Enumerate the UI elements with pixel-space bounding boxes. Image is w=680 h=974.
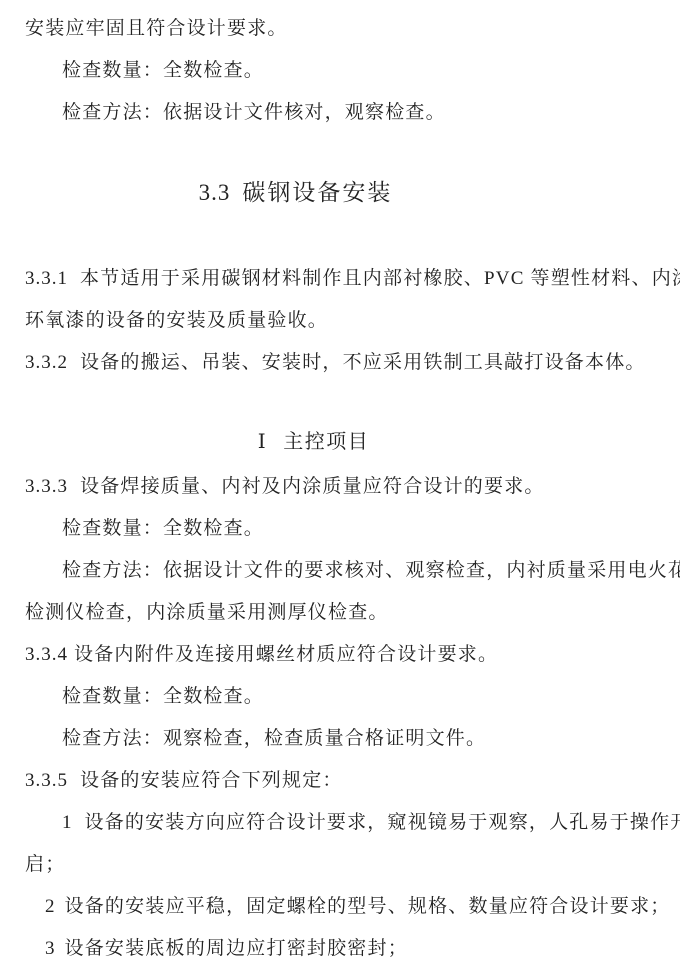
- clause-number: 3.3.3: [25, 476, 68, 497]
- section-title: 碳钢设备安装: [242, 180, 392, 205]
- clause-3-3-4-line: 3.3.4设备内附件及连接用螺丝材质应符合设计要求。: [25, 634, 662, 676]
- list-item-1-line2: 启；: [25, 844, 662, 886]
- list-item-text: 设备的安装应平稳，固定螺栓的型号、规格、数量应符合设计要求；: [65, 896, 671, 917]
- clause-3-3-5-line: 3.3.5设备的安装应符合下列规定：: [25, 760, 662, 802]
- clause-text: 设备的搬运、吊装、安装时，不应采用铁制工具敲打设备本体。: [80, 352, 646, 373]
- clause-3-3-1-line1: 3.3.1本节适用于采用碳钢材料制作且内部衬橡胶、PVC 等塑性材料、内涂: [25, 258, 662, 300]
- list-item-number: 3: [45, 938, 56, 959]
- paragraph-continuation-line: 安装应牢固且符合设计要求。: [25, 8, 662, 50]
- subsection-title: 主控项目: [283, 431, 369, 453]
- check-method-line: 检查方法：观察检查，检查质量合格证明文件。: [25, 718, 662, 760]
- check-method-line: 检查方法：依据设计文件的要求核对、观察检查，内衬质量采用电火花: [25, 550, 662, 592]
- clause-number: 3.3.1: [25, 268, 68, 289]
- list-item-2-line: 2设备的安装应平稳，固定螺栓的型号、规格、数量应符合设计要求；: [25, 886, 662, 928]
- list-item-number: 2: [45, 896, 56, 917]
- clause-text: 本节适用于采用碳钢材料制作且内部衬橡胶、PVC 等塑性材料、内涂: [80, 268, 680, 289]
- clause-number: 3.3.4: [25, 644, 68, 665]
- check-quantity-line: 检查数量：全数检查。: [25, 508, 662, 550]
- clause-number: 3.3.5: [25, 770, 68, 791]
- clause-text: 设备内附件及连接用螺丝材质应符合设计要求。: [74, 644, 498, 665]
- clause-3-3-2-line: 3.3.2设备的搬运、吊装、安装时，不应采用铁制工具敲打设备本体。: [25, 342, 662, 384]
- document-page: 安装应牢固且符合设计要求。 检查数量：全数检查。 检查方法：依据设计文件核对，观…: [0, 0, 680, 974]
- list-item-number: 1: [62, 812, 73, 833]
- subsection-roman-numeral: Ⅰ: [258, 431, 267, 453]
- check-quantity-line: 检查数量：全数检查。: [25, 676, 662, 718]
- subsection-heading: Ⅰ主控项目: [0, 421, 632, 463]
- clause-number: 3.3.2: [25, 352, 68, 373]
- section-number: 3.3: [199, 180, 231, 205]
- list-item-text: 设备安装底板的周边应打密封胶密封；: [65, 938, 408, 959]
- clause-3-3-1-line2: 环氧漆的设备的安装及质量验收。: [25, 300, 662, 342]
- clause-3-3-3-line: 3.3.3设备焊接质量、内衬及内涂质量应符合设计的要求。: [25, 466, 662, 508]
- list-item-3-line: 3设备安装底板的周边应打密封胶密封；: [25, 928, 662, 970]
- clause-text: 设备焊接质量、内衬及内涂质量应符合设计的要求。: [80, 476, 545, 497]
- check-method-line: 检查方法：依据设计文件核对，观察检查。: [25, 92, 662, 134]
- check-method-continuation-line: 检测仪检查，内涂质量采用测厚仪检查。: [25, 592, 662, 634]
- section-heading: 3.3碳钢设备安装: [0, 172, 614, 214]
- list-item-text: 设备的安装方向应符合设计要求，窥视镜易于观察，人孔易于操作开: [85, 812, 680, 833]
- check-quantity-line: 检查数量：全数检查。: [25, 50, 662, 92]
- clause-text: 设备的安装应符合下列规定：: [80, 770, 343, 791]
- list-item-1-line1: 1设备的安装方向应符合设计要求，窥视镜易于观察，人孔易于操作开: [25, 802, 662, 844]
